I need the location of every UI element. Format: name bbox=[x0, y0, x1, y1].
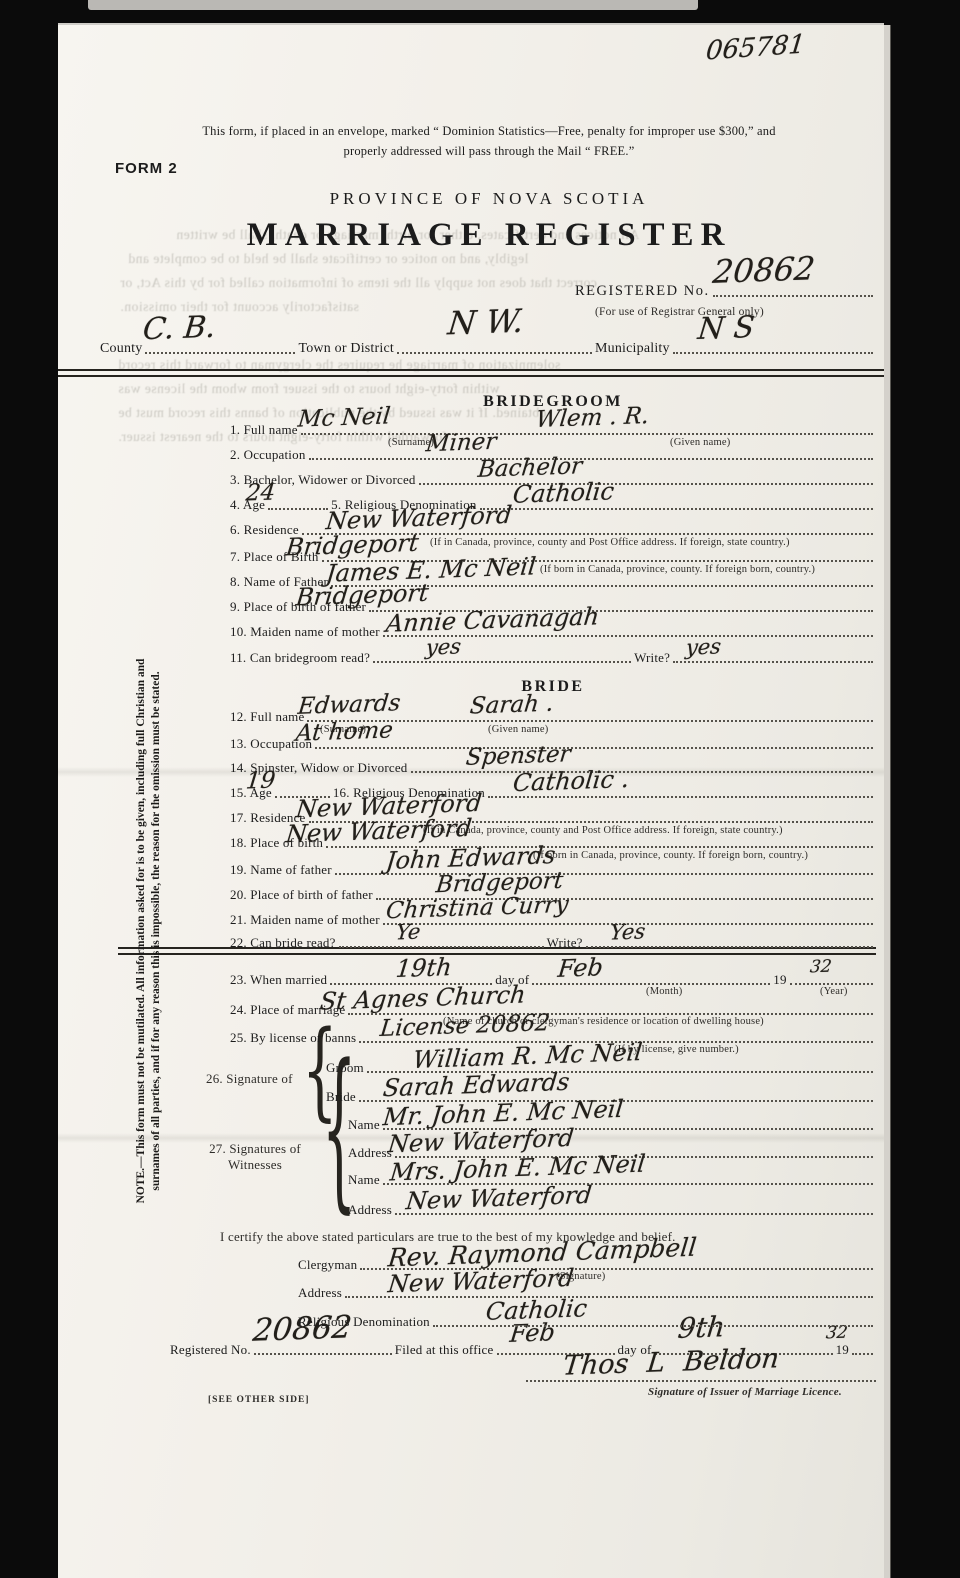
envelope-note-line2: properly addressed will pass through the… bbox=[118, 141, 860, 161]
witnesses-label: 27. Signatures of Witnesses bbox=[196, 1141, 314, 1173]
issuer-signature-label: Signature of Issuer of Marriage Licence. bbox=[648, 1386, 842, 1398]
year-prefix-label: 19 bbox=[836, 1342, 849, 1358]
handwritten-value: 19 bbox=[245, 767, 277, 794]
field-label: 2. Occupation bbox=[230, 447, 306, 463]
handwritten-value: Catholic bbox=[485, 1294, 589, 1326]
dotted-leader bbox=[268, 506, 328, 510]
field-label: Write? bbox=[547, 935, 583, 951]
handwritten-value: Yes bbox=[609, 919, 647, 944]
issuer-signature-handwritten: Thos L Beldon bbox=[561, 1343, 780, 1382]
dotted-leader bbox=[397, 350, 592, 354]
handwritten-value: Wlem . R. bbox=[535, 403, 651, 433]
dotted-leader bbox=[713, 293, 873, 297]
scanned-document-background: { "page_number": "065781", "header": { "… bbox=[0, 0, 960, 1578]
county-row: County Town or District Municipality bbox=[100, 341, 876, 357]
document-page: 065781 All notices and certificates, eit… bbox=[58, 25, 884, 1578]
field-label: Religious Denomination bbox=[298, 1314, 430, 1330]
dotted-leader bbox=[309, 456, 873, 460]
margin-note-line1: NOTE.—This form must not be mutilated. A… bbox=[134, 585, 149, 1277]
field-note: (If born in Canada, province, county. If… bbox=[533, 850, 808, 861]
handwritten-value: Catholic bbox=[512, 477, 616, 509]
divider-rule bbox=[58, 369, 884, 377]
field-label: 10. Maiden name of mother bbox=[230, 624, 380, 640]
form-row: 11. Can bridegroom read?Write? bbox=[230, 650, 876, 666]
handwritten-value: Catholic . bbox=[512, 765, 631, 797]
field-label: Address bbox=[298, 1285, 342, 1301]
field-note: (Year) bbox=[820, 986, 848, 997]
field-label: Name bbox=[348, 1117, 380, 1133]
field-label: 21. Maiden name of mother bbox=[230, 912, 380, 928]
field-label: Bride bbox=[326, 1089, 356, 1105]
dotted-leader bbox=[339, 944, 544, 948]
dotted-leader bbox=[673, 350, 873, 354]
field-label: Address bbox=[348, 1202, 392, 1218]
handwritten-value: Ye bbox=[395, 920, 422, 945]
handwritten-value: Bridgeport bbox=[295, 579, 431, 612]
signature-of-label: 26. Signature of bbox=[206, 1071, 293, 1087]
dotted-leader bbox=[673, 659, 873, 663]
given-name-sublabel: (Given name) bbox=[488, 724, 548, 735]
handwritten-value: Miner bbox=[425, 429, 498, 458]
field-label: Name bbox=[348, 1172, 380, 1188]
dotted-leader bbox=[315, 745, 873, 749]
dotted-leader bbox=[145, 350, 295, 354]
handwritten-value: Mc Neil bbox=[297, 403, 392, 432]
margin-note-line2: surnames of all parties, and if for any … bbox=[149, 585, 164, 1277]
form-row: Religious Denomination bbox=[298, 1314, 876, 1330]
dotted-leader bbox=[254, 1351, 392, 1355]
town-label: Town or District bbox=[298, 341, 394, 357]
field-label: 23. When married bbox=[230, 972, 327, 988]
envelope-note-line1: This form, if placed in an envelope, mar… bbox=[118, 121, 860, 141]
dotted-leader bbox=[586, 944, 873, 948]
municipality-handwritten: N S bbox=[696, 310, 756, 347]
dotted-leader bbox=[790, 981, 873, 985]
field-label: 20. Place of birth of father bbox=[230, 887, 373, 903]
field-label: 1. Full name bbox=[230, 422, 298, 438]
handwritten-value: Spenster bbox=[465, 741, 572, 771]
handwritten-value: 24 bbox=[245, 479, 277, 506]
field-label: 19 bbox=[773, 972, 786, 988]
form-number-label: FORM 2 bbox=[115, 160, 178, 177]
dotted-leader bbox=[373, 659, 631, 663]
bleedthrough-line: correct that does not supply all the ite… bbox=[120, 275, 597, 291]
document-title: MARRIAGE REGISTER bbox=[118, 217, 860, 254]
field-label: Address bbox=[348, 1145, 392, 1161]
field-label: 25. By license or banns bbox=[230, 1030, 356, 1046]
handwritten-value: Feb bbox=[557, 953, 605, 983]
form-row: 23. When marriedday of19 bbox=[230, 972, 876, 988]
registered-no-handwritten: 20862 bbox=[711, 249, 817, 291]
handwritten-value: yes bbox=[685, 634, 723, 659]
envelope-note: This form, if placed in an envelope, mar… bbox=[118, 121, 860, 161]
field-label: 11. Can bridegroom read? bbox=[230, 650, 370, 666]
field-label: Clergyman bbox=[298, 1257, 357, 1273]
field-label: 12. Full name bbox=[230, 709, 304, 725]
scan-edge-artifact bbox=[88, 0, 698, 10]
handwritten-value: yes bbox=[425, 634, 463, 659]
form-row: 22. Can bride read?Write? bbox=[230, 935, 876, 951]
see-other-side-label: [SEE OTHER SIDE] bbox=[208, 1395, 310, 1405]
field-label: 22. Can bride read? bbox=[230, 935, 336, 951]
witnesses-label-line2: Witnesses bbox=[196, 1157, 314, 1173]
town-handwritten: N W. bbox=[446, 302, 526, 343]
municipality-label: Municipality bbox=[595, 341, 670, 357]
handwritten-value: At home bbox=[295, 717, 395, 746]
registered-no-label: REGISTERED No. bbox=[575, 283, 710, 300]
field-label: 19. Name of father bbox=[230, 862, 332, 878]
field-label: Groom bbox=[326, 1060, 364, 1076]
handwritten-value: Edwards bbox=[297, 690, 402, 720]
handwritten-value: 32 bbox=[809, 957, 833, 978]
page-number-handwritten: 065781 bbox=[705, 29, 807, 66]
witnesses-label-line1: 27. Signatures of bbox=[196, 1141, 314, 1157]
dotted-leader bbox=[852, 1351, 873, 1355]
handwritten-value: Sarah . bbox=[469, 690, 555, 719]
dotted-leader bbox=[301, 431, 873, 435]
filing-registered-label: Registered No. bbox=[170, 1342, 251, 1358]
field-note: (Month) bbox=[646, 986, 682, 997]
province-heading: PROVINCE OF NOVA SCOTIA bbox=[118, 189, 860, 209]
field-label: Write? bbox=[634, 650, 670, 666]
county-label: County bbox=[100, 341, 142, 357]
field-note: (If in Canada, province, county and Post… bbox=[430, 537, 790, 548]
handwritten-value: 19th bbox=[395, 953, 454, 983]
county-handwritten: C. B. bbox=[141, 310, 217, 348]
filed-at-office-label: Filed at this office bbox=[395, 1342, 494, 1358]
margin-note: NOTE.—This form must not be mutilated. A… bbox=[134, 585, 164, 1277]
